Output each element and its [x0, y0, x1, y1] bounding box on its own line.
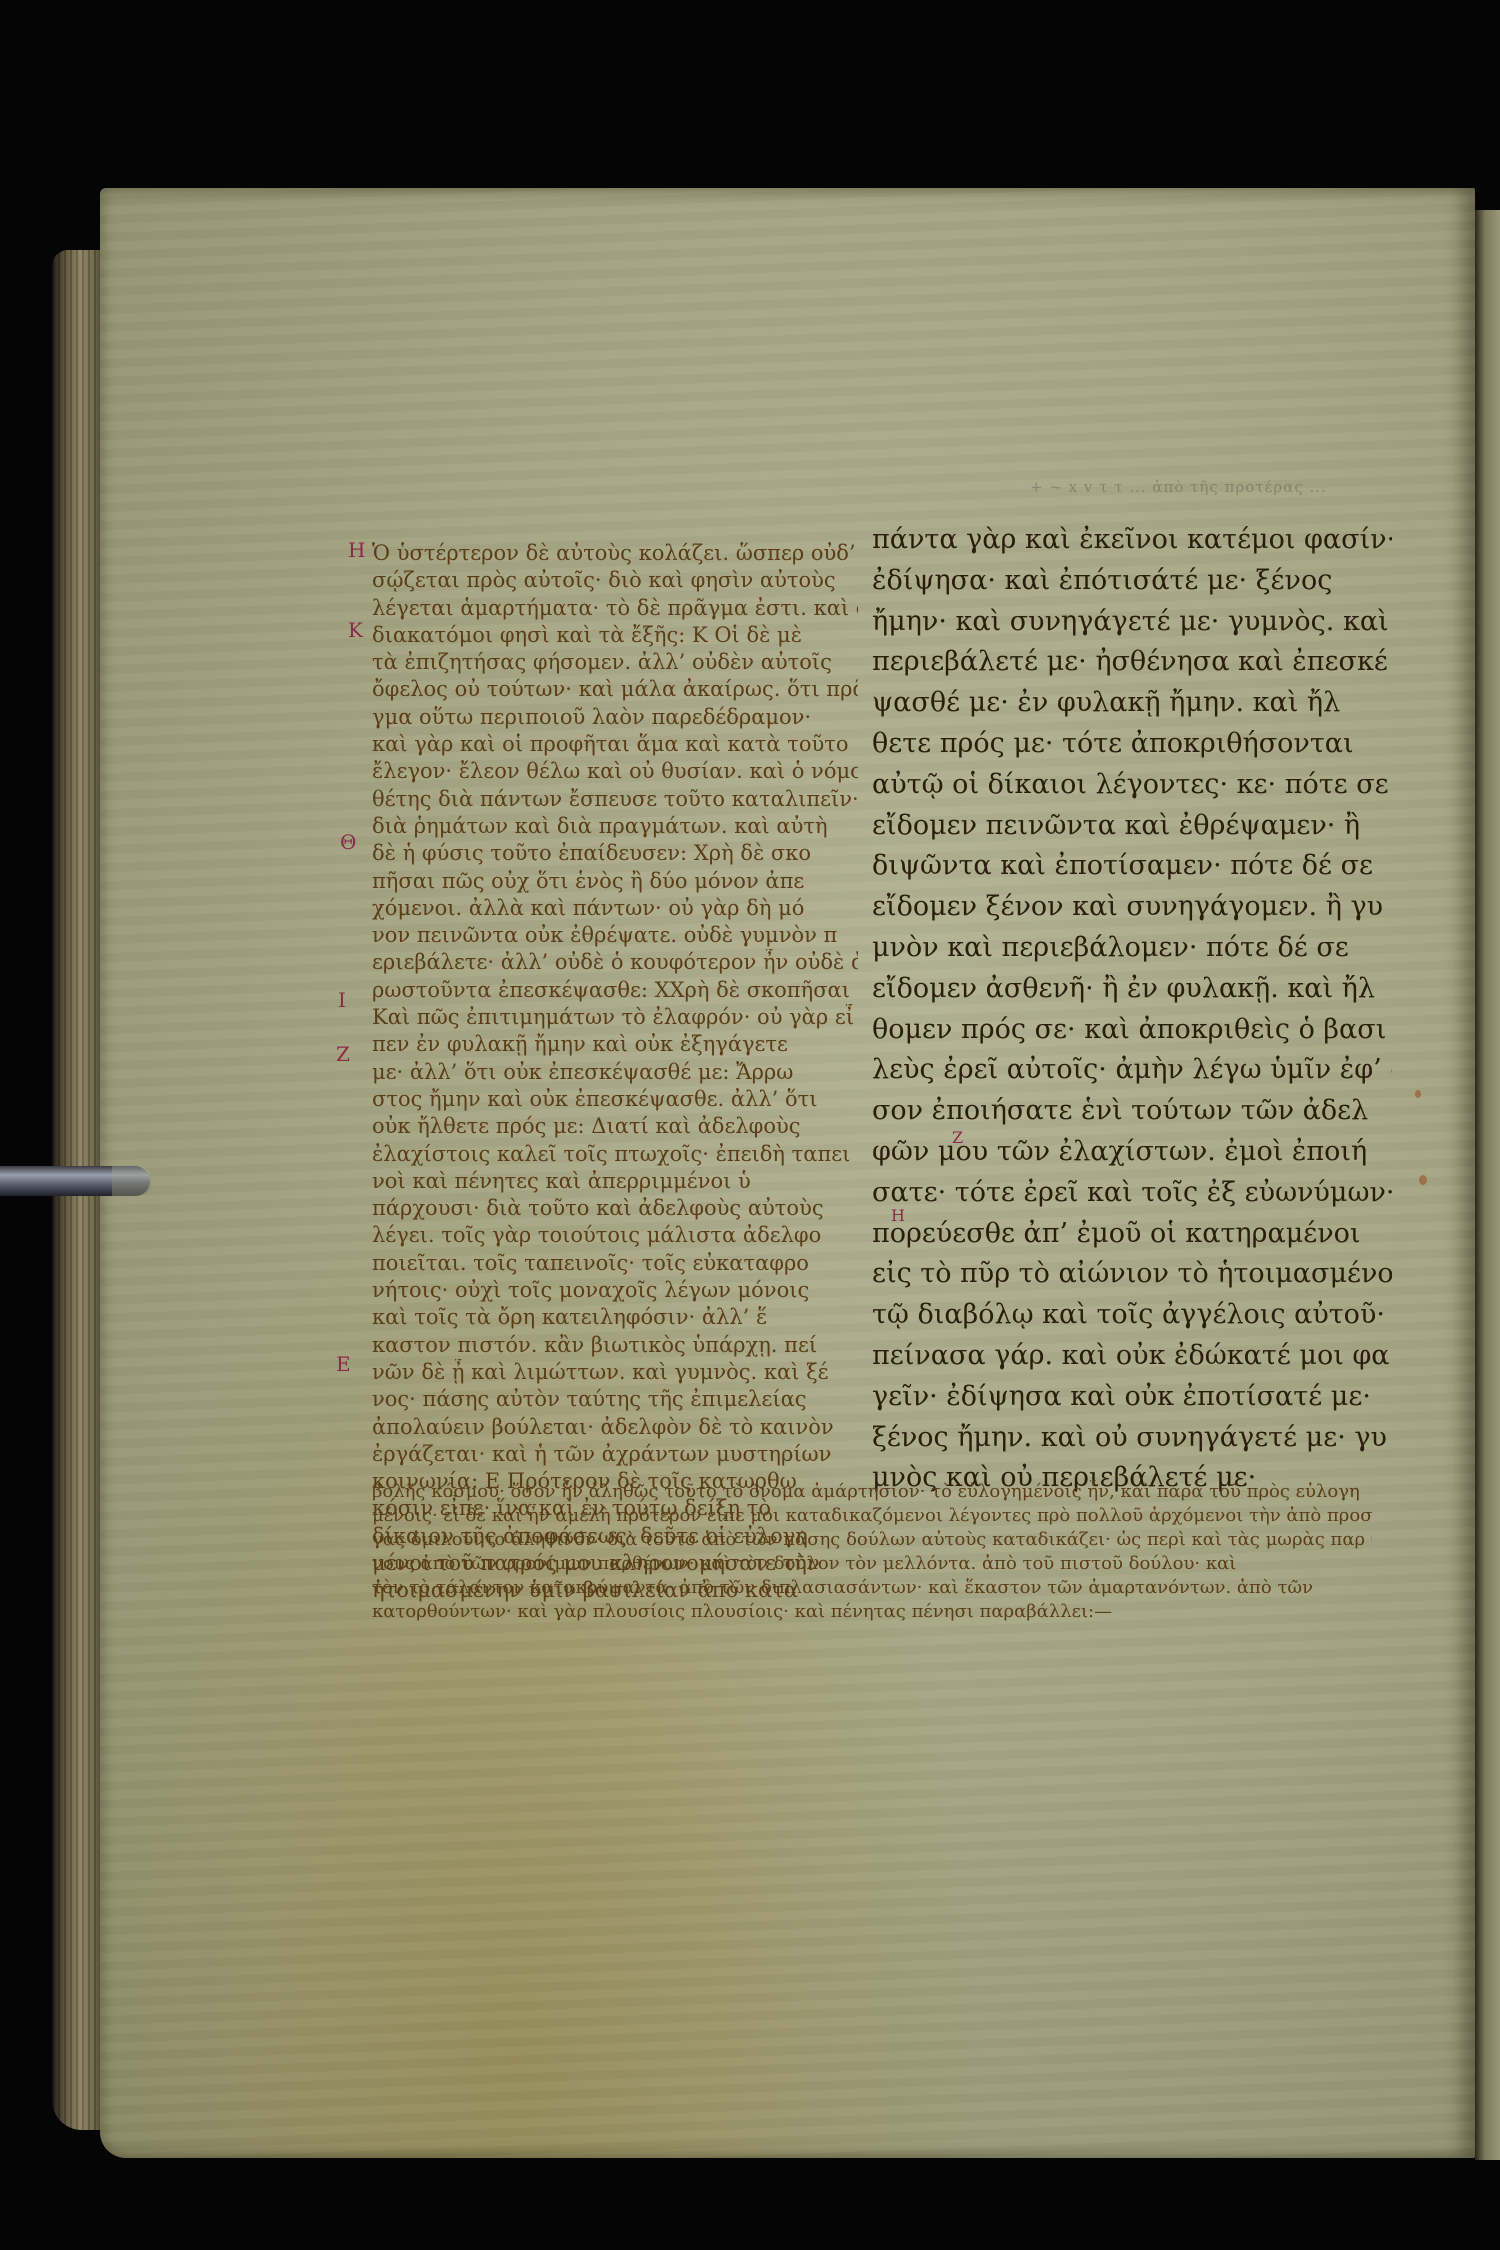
margin-mark: Ε	[336, 1352, 351, 1376]
text-line: σῴζεται πρὸς αὐτοῖς· διὸ καὶ φησὶν αὐτοὺ…	[372, 567, 858, 594]
text-line: καὶ γὰρ καὶ οἱ προφῆται ἅμα καὶ κατὰ τοῦ…	[372, 731, 858, 758]
text-line: νοὶ καὶ πένητες καὶ ἀπερριμμένοι ὑ	[372, 1168, 858, 1195]
text-line: στος ἤμην καὶ οὐκ ἐπεσκέψασθε. ἀλλ’ ὅτι	[372, 1086, 858, 1113]
right-text-column: πάντα γὰρ καὶ ἐκεῖνοι κατέμοι φασίν· ἐδί…	[872, 520, 1392, 1499]
text-line: οὐκ ἤλθετε πρός με: Διατί καὶ ἀδελφοὺς	[372, 1113, 858, 1140]
commentary-block: βολῆς κόσμου· ὅσον ἦν ἀληθῶς τοῦτο τὸ ὄν…	[372, 1480, 1372, 1624]
left-text-column: Ὁ ὑστέρτερον δὲ αὐτοὺς κολάζει. ὥσπερ οὐ…	[372, 540, 858, 1605]
adjacent-leaf-edge	[1475, 210, 1500, 2160]
ink-stain	[1419, 1175, 1427, 1185]
text-line: νον πεινῶντα οὐκ ἐθρέψατε. οὐδὲ γυμνὸν π	[372, 922, 858, 949]
text-line: ἐργάζεται· καὶ ἡ τῶν ἀχράντων μυστηρίων	[372, 1441, 858, 1468]
text-line: πεν ἐν φυλακῇ ἤμην καὶ οὐκ ἐξηγάγετε	[372, 1031, 858, 1058]
text-line: πείνασα γάρ. καὶ οὐκ ἐδώκατέ μοι φα	[872, 1336, 1392, 1377]
text-line: βολῆς κόσμου· ὅσον ἦν ἀληθῶς τοῦτο τὸ ὄν…	[372, 1480, 1372, 1504]
text-line: ὄφελος οὐ τούτων· καὶ μάλα ἀκαίρως. ὅτι …	[372, 676, 858, 703]
text-line: τὸν τὸ τάλαντον κατακρύψαντα· ἀπὸ τῶν δι…	[372, 1576, 1372, 1600]
text-line: διὰ ῥημάτων καὶ διὰ πραγμάτων. καὶ αὐτὴ	[372, 813, 858, 840]
text-line: νήτοις· οὐχὶ τοῖς μοναχοῖς λέγων μόνοις	[372, 1277, 858, 1304]
text-line: εἰς τὸ πῦρ τὸ αἰώνιον τὸ ἡτοιμασμένον	[872, 1254, 1392, 1295]
text-line: πάρχουσι· διὰ τοῦτο καὶ ἀδελφοὺς αὐτοὺς	[372, 1195, 858, 1222]
text-line: εριεβάλετε· ἀλλ’ οὐδὲ ὁ κουφότερον ἦν οὐ…	[372, 949, 858, 976]
text-line: ποιεῖται. τοῖς ταπεινοῖς· τοῖς εὐκαταφρο	[372, 1250, 858, 1277]
text-line: γεῖν· ἐδίψησα καὶ οὐκ ἐποτίσατέ με·	[872, 1377, 1392, 1418]
text-line: διακατόμοι φησὶ καὶ τὰ ἔξῆς: Κ Οἱ δὲ μὲ	[372, 622, 858, 649]
text-line: σον ἐποιήσατε ἑνὶ τούτων τῶν ἀδελ	[872, 1091, 1392, 1132]
text-line: ἤμην· καὶ συνηγάγετέ με· γυμνὸς. καὶ	[872, 602, 1392, 643]
page-weight-rod-tip	[112, 1166, 152, 1196]
text-line: χόμενοι. ἀλλὰ καὶ πάντων· οὐ γὰρ δὴ μό	[372, 895, 858, 922]
text-line: αὐτῷ οἱ δίκαιοι λέγοντες· κε· πότε σε	[872, 765, 1392, 806]
margin-mark: Η	[348, 538, 365, 562]
show-through-text: + ~ x v τ τ ... ἀπὸ τῆς προτέρας ...	[1030, 478, 1327, 496]
margin-mark: Ι	[338, 988, 346, 1012]
text-line: φῶν μου τῶν ἐλαχίστων. ἐμοὶ ἐποιή	[872, 1132, 1392, 1173]
interlinear-mark: Η	[891, 1206, 905, 1225]
text-line: κατορθούντων· καὶ γὰρ πλουσίοις πλουσίοι…	[372, 1600, 1372, 1624]
text-line: νῶν δὲ ᾖ καὶ λιμώττων. καὶ γυμνὸς. καὶ ξ…	[372, 1359, 858, 1386]
text-line: ἔλεγον· ἔλεον θέλω καὶ οὐ θυσίαν. καὶ ὁ …	[372, 758, 858, 785]
text-line: καστον πιστόν. κἂν βιωτικὸς ὑπάρχῃ. πεί	[372, 1332, 858, 1359]
text-line: πορεύεσθε ἀπ’ ἐμοῦ οἱ κατηραμένοι	[872, 1214, 1392, 1255]
margin-mark: Θ	[340, 830, 356, 854]
text-line: νους ἀπὸ τῶν φρονίμων παρθένων· καὶ τὸν …	[372, 1552, 1372, 1576]
text-line: ἀπολαύειν βούλεται· ἀδελφὸν δὲ τὸ καινὸν	[372, 1414, 858, 1441]
text-line: νος· πάσης αὐτὸν ταύτης τῆς ἐπιμελείας	[372, 1386, 858, 1413]
text-line: σατε· τότε ἐρεῖ καὶ τοῖς ἐξ εὐωνύμων·	[872, 1173, 1392, 1214]
text-line: Καὶ πῶς ἐπιτιμημάτων τὸ ἐλαφρόν· οὐ γὰρ …	[372, 1004, 858, 1031]
text-line: γμα οὕτω περιποιοῦ λαὸν παρεδέδραμον·	[372, 704, 858, 731]
text-line: πάντα γὰρ καὶ ἐκεῖνοι κατέμοι φασίν·	[872, 520, 1392, 561]
text-line: θέτης διὰ πάντων ἔσπευσε τοῦτο καταλιπεῖ…	[372, 786, 858, 813]
text-line: Ὁ ὑστέρτερον δὲ αὐτοὺς κολάζει. ὥσπερ οὐ…	[372, 540, 858, 567]
text-line: λέγει. τοῖς γὰρ τοιούτοις μάλιστα ἀδελφο	[372, 1222, 858, 1249]
interlinear-mark: Ζ	[952, 1128, 963, 1147]
text-line: τὰ ἐπιζητήσας φήσομεν. ἀλλ’ οὐδὲν αὐτοῖς	[372, 649, 858, 676]
text-line: εἴδομεν πεινῶντα καὶ ἐθρέψαμεν· ἢ	[872, 806, 1392, 847]
text-line: θομεν πρός σε· καὶ ἀποκριθεὶς ὁ βασι	[872, 1010, 1392, 1051]
text-line: μένοις· εἰ δὲ καὶ ἦν ἀμελὴ πρότερον εἶπε…	[372, 1504, 1372, 1528]
text-line: ἐδίψησα· καὶ ἐπότισάτέ με· ξένος	[872, 561, 1392, 602]
text-line: λέγεται ἁμαρτήματα· τὸ δὲ πρᾶγμα ἐστι. κ…	[372, 595, 858, 622]
text-line: ξένος ἤμην. καὶ οὐ συνηγάγετέ με· γυ	[872, 1418, 1392, 1459]
text-line: εἴδομεν ἀσθενῆ· ἢ ἐν φυλακῇ. καὶ ἤλ	[872, 969, 1392, 1010]
text-line: τῷ διαβόλῳ καὶ τοῖς ἀγγέλοις αὐτοῦ· ἐ	[872, 1295, 1392, 1336]
text-line: γὰς ὁμιλοῦντο ἀληθινόν· διὰ τοῦτο ἀπὸ τῶ…	[372, 1528, 1372, 1552]
text-line: διψῶντα καὶ ἐποτίσαμεν· πότε δέ σε	[872, 846, 1392, 887]
text-line: ψασθέ με· ἐν φυλακῇ ἤμην. καὶ ἤλ	[872, 683, 1392, 724]
text-line: εἴδομεν ξένον καὶ συνηγάγομεν. ἢ γυ	[872, 887, 1392, 928]
text-line: μνὸν καὶ περιεβάλομεν· πότε δέ σε	[872, 928, 1392, 969]
text-line: πῆσαι πῶς οὐχ ὅτι ἑνὸς ἢ δύο μόνον ἀπε	[372, 868, 858, 895]
ink-stain	[1415, 1090, 1421, 1098]
margin-mark: Ζ	[336, 1042, 350, 1066]
text-line: καὶ τοῖς τὰ ὄρη κατειληφόσιν· ἀλλ’ ἕ	[372, 1304, 858, 1331]
text-line: περιεβάλετέ με· ἠσθένησα καὶ ἐπεσκέ	[872, 642, 1392, 683]
text-line: ἐλαχίστοις καλεῖ τοῖς πτωχοῖς· ἐπειδὴ τα…	[372, 1141, 858, 1168]
text-line: ρωστοῦντα ἐπεσκέψασθε: ΧΧρὴ δὲ σκοπῆσαι	[372, 977, 858, 1004]
text-line: λεὺς ἐρεῖ αὐτοῖς· ἀμὴν λέγω ὑμῖν ἐφ’ ὅ	[872, 1050, 1392, 1091]
margin-mark: Κ	[348, 618, 363, 642]
text-line: δὲ ἡ φύσις τοῦτο ἐπαίδευσεν: Χρὴ δὲ σκο	[372, 840, 858, 867]
text-line: θετε πρός με· τότε ἀποκριθήσονται	[872, 724, 1392, 765]
text-line: με· ἀλλ’ ὅτι οὐκ ἐπεσκέψασθέ με: Ἄρρω	[372, 1059, 858, 1086]
